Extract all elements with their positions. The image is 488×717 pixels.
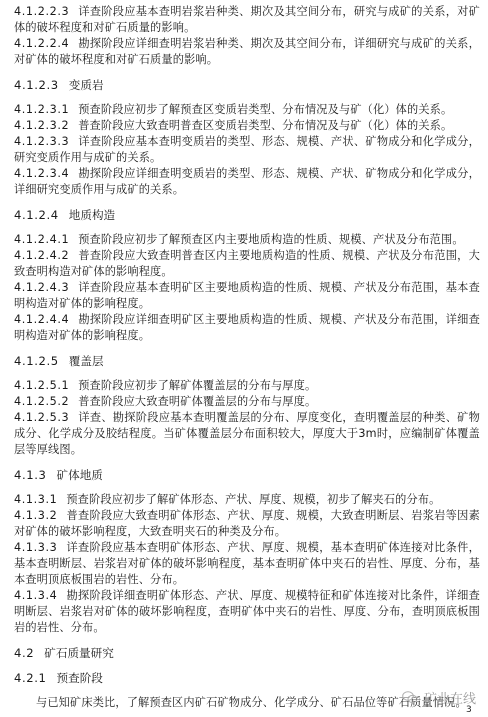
section-heading-metamorphic: 4.1.2.3变质岩	[14, 77, 480, 93]
section-heading-orebody: 4.1.3矿体地质	[14, 467, 480, 483]
clause-4-1-3-3: 4.1.3.3详查阶段应基本查明矿体形态、产状、厚度、规模，基本查明矿体连接对比…	[14, 540, 480, 588]
wechat-icon	[402, 691, 418, 704]
document-page: 4.1.2.2.3详查阶段应基本查明岩浆岩种类、期次及其空间分布，研究与成矿的关…	[14, 4, 480, 711]
clause-4-1-2-3-3: 4.1.2.3.3详查阶段应基本查明变质岩的类型、形态、规模、产状、矿物成分和化…	[14, 134, 480, 166]
clause-4-1-2-4-2: 4.1.2.4.2普查阶段应大致查明普查区内主要地质构造的性质、规模、产状及分布…	[14, 248, 480, 280]
section-heading-overburden: 4.1.2.5覆盖层	[14, 353, 480, 369]
section-heading-prospecting-stage: 4.2.1预查阶段	[14, 670, 480, 686]
clause-4-1-3-4: 4.1.3.4勘探阶段详细查明矿体形态、产状、厚度、规模特征和矿体连接对比条件，…	[14, 588, 480, 636]
section-heading-ore-quality: 4.2矿石质量研究	[14, 645, 480, 661]
clause-4-1-2-3-1: 4.1.2.3.1预查阶段应初步了解预查区变质岩类型、分布情况及与矿（化）体的关…	[14, 102, 480, 118]
clause-4-1-2-4-1: 4.1.2.4.1预查阶段应初步了解预查区内主要地质构造的性质、规模、产状及分布…	[14, 232, 480, 248]
watermark: 矿业在线	[402, 688, 476, 707]
clause-4-1-2-2-4: 4.1.2.2.4勘探阶段应详细查明岩浆岩种类、期次及其空间分布，详细研究与成矿…	[14, 36, 480, 68]
clause-4-1-2-5-3: 4.1.2.5.3详查、勘探阶段应基本查明覆盖层的分布、厚度变化，查明覆盖层的种…	[14, 410, 480, 458]
page-number: 3	[466, 705, 472, 715]
section-heading-structure: 4.1.2.4地质构造	[14, 207, 480, 223]
clause-4-1-2-2-3: 4.1.2.2.3详查阶段应基本查明岩浆岩种类、期次及其空间分布，研究与成矿的关…	[14, 4, 480, 36]
clause-4-1-2-4-4: 4.1.2.4.4勘探阶段应详细查明矿区主要地质构造的性质、规模、产状及分布范围…	[14, 312, 480, 344]
clause-4-1-3-1: 4.1.3.1预查阶段应初步了解矿体形态、产状、厚度、规模，初步了解夹石的分布。	[14, 492, 480, 508]
clause-4-1-2-4-3: 4.1.2.4.3详查阶段应基本查明矿区主要地质构造的性质、规模、产状及分布范围…	[14, 280, 480, 312]
clause-4-1-2-3-4: 4.1.2.3.4勘探阶段应详细查明变质岩的类型、形态、规模、产状、矿物成分和化…	[14, 166, 480, 198]
clause-4-1-3-2: 4.1.3.2普查阶段应大致查明矿体形态、产状、厚度、规模，大致查明断层、岩浆岩…	[14, 508, 480, 540]
clause-4-1-2-5-1: 4.1.2.5.1预查阶段应初步了解矿体覆盖层的分布与厚度。	[14, 378, 480, 394]
clause-4-1-2-3-2: 4.1.2.3.2普查阶段应大致查明普查区变质岩类型、分布情况及与矿（化）体的关…	[14, 118, 480, 134]
clause-4-1-2-5-2: 4.1.2.5.2普查阶段应大致查明矿体覆盖层的分布与厚度。	[14, 394, 480, 410]
